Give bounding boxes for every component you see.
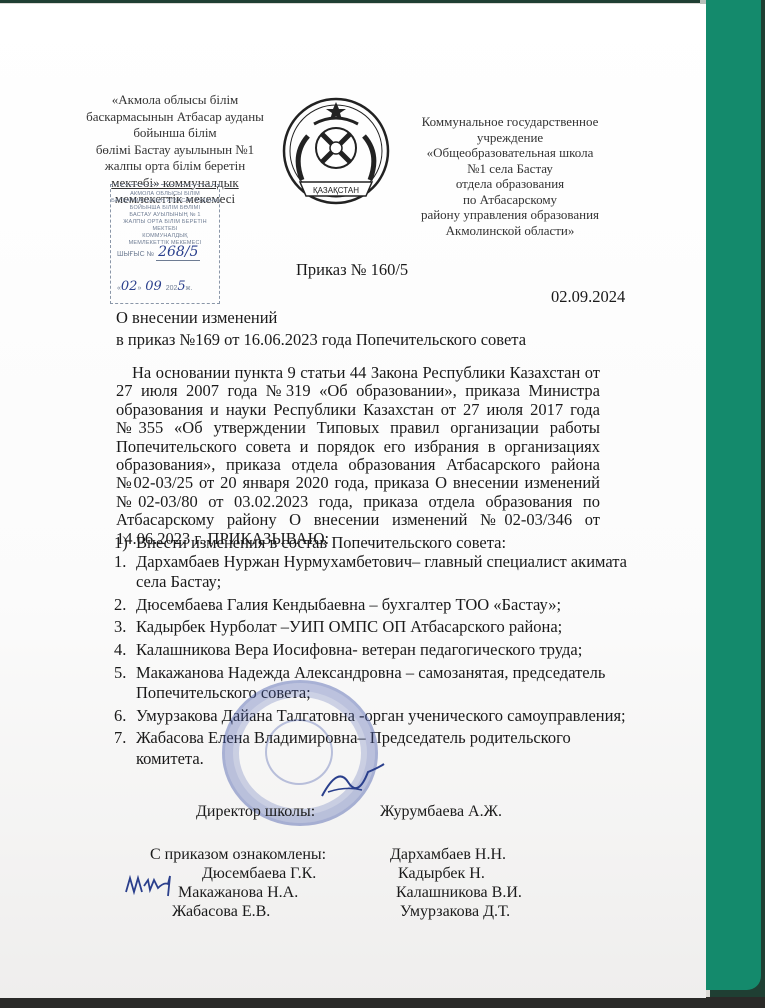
header-left-line: жалпы орта білім беретін — [72, 158, 278, 175]
green-folder — [706, 0, 761, 990]
table-surface — [0, 997, 765, 1008]
header-left-line: баскармасынын Атбасар ауданы — [72, 109, 278, 126]
list-text-cont: Попечительского совета; — [114, 684, 654, 703]
signatory-right: Дархамбаев Н.Н. — [390, 846, 506, 864]
subject-line: О внесении изменений — [116, 307, 526, 329]
signatory-right: Кадырбек Н. — [398, 865, 485, 883]
stamp-date-year-prefix: 202 — [166, 285, 178, 292]
list-item: 1.Дархамбаев Нуржан Нурмухамбетович– гла… — [114, 553, 654, 572]
list-text: Кадырбек Нурболат –УИП ОМПС ОП Атбасарск… — [136, 618, 654, 637]
header-right-line: по Атбасарскому — [412, 192, 608, 208]
header-right-line: Коммунальное государственное — [412, 114, 608, 130]
stamp-line: КОММУНАЛДЫҚ — [111, 233, 219, 240]
signatory-right: Умурзакова Д.Т. — [400, 903, 510, 921]
stamp-date-year-suffix: 5 — [177, 279, 185, 294]
order-title: Приказ № 160/5 — [296, 260, 408, 280]
list-item: 5.Макажанова Надежда Александровна – сам… — [114, 664, 654, 683]
stamp-outgoing-number: ШЫҒЫС № 268/5 — [117, 249, 200, 258]
list-text: Дюсембаева Галия Кендыбаевна – бухгалтер… — [136, 596, 654, 615]
list-text: Дархамбаев Нуржан Нурмухамбетович– главн… — [136, 553, 654, 572]
stamp-line: АКМОЛА ОБЛЫСЫ БІЛІМ — [111, 191, 219, 198]
header-right-line: №1 села Бастау — [412, 161, 608, 177]
subject-line: в приказ №169 от 16.06.2023 года Попечит… — [116, 329, 526, 351]
list-item: 2.Дюсембаева Галия Кендыбаевна – бухгалт… — [114, 596, 654, 615]
signatory-left: Дюсембаева Г.К. — [202, 865, 316, 883]
stamp-date-day: 02 — [121, 279, 138, 294]
registration-stamp: АКМОЛА ОБЛЫСЫ БІЛІМ БАСҚАРМАСЫНЫҢ АТБАСА… — [110, 184, 220, 304]
member-list: 1) Внести изменения в состав Попечительс… — [114, 534, 654, 769]
document-page: «Акмола облысы білім баскармасынын Атбас… — [0, 4, 706, 998]
list-item: 4.Калашникова Вера Иосифовна- ветеран пе… — [114, 641, 654, 660]
stamp-line: БАСТАУ АУЫЛЫНЫҢ № 1 — [111, 212, 219, 219]
list-text: Жабасова Елена Владимировна– Председател… — [136, 729, 654, 748]
list-number: 1. — [114, 553, 136, 572]
header-right-line: учреждение — [412, 130, 608, 146]
header-right-line: Акмолинской области» — [412, 223, 608, 239]
list-number: 5. — [114, 664, 136, 683]
list-number: 4. — [114, 641, 136, 660]
list-item: 6.Умурзакова Дайана Талгатовна -орган уч… — [114, 707, 654, 726]
header-right-org-ru: Коммунальное государственное учреждение … — [412, 114, 608, 238]
signatory-left: Жабасова Е.В. — [172, 903, 270, 921]
svg-text:ҚАЗАҚСТАН: ҚАЗАҚСТАН — [313, 186, 359, 195]
list-item: 3.Кадырбек Нурболат –УИП ОМПС ОП Атбасар… — [114, 618, 654, 637]
list-number: 6. — [114, 707, 136, 726]
header-right-line: отдела образования — [412, 176, 608, 192]
handwritten-signature-icon — [124, 872, 176, 898]
stamp-line: БОЙЫНША БІЛІМ БӨЛІМІ — [111, 205, 219, 212]
stamp-outgoing-value: 268/5 — [156, 244, 200, 261]
list-text: Внести изменения в состав Попечительског… — [136, 534, 654, 553]
order-date: 02.09.2024 — [551, 287, 625, 307]
header-right-line: «Общеобразовательная школа — [412, 145, 608, 161]
director-label: Директор школы: — [196, 803, 315, 821]
list-item: 7.Жабасова Елена Владимировна– Председат… — [114, 729, 654, 748]
director-signature-icon — [318, 762, 388, 802]
stamp-line: ЖАЛПЫ ОРТА БІЛІМ БЕРЕТІН МЕКТЕБІ — [111, 219, 219, 233]
header-right-line: району управления образования — [412, 207, 608, 223]
list-text: Умурзакова Дайана Талгатовна -орган учен… — [136, 707, 654, 726]
signatory-left: Макажанова Н.А. — [178, 884, 298, 902]
list-number: 3. — [114, 618, 136, 637]
kazakhstan-emblem-icon: ҚАЗАҚСТАН — [278, 96, 394, 206]
stamp-line: БАСҚАРМАСЫНЫҢ АТБАСАР АУДАНЫ — [111, 198, 219, 205]
stamp-date: «02» 09 2025ж. — [117, 283, 192, 292]
list-number: 2. — [114, 596, 136, 615]
header-left-line: «Акмола облысы білім — [72, 92, 278, 109]
list-number: 1) — [114, 534, 136, 553]
stamp-outgoing-label: ШЫҒЫС № — [117, 251, 154, 258]
list-text-cont: села Бастау; — [114, 573, 654, 592]
directive-item: 1) Внести изменения в состав Попечительс… — [114, 534, 654, 553]
order-subject: О внесении изменений в приказ №169 от 16… — [116, 307, 526, 351]
order-body: На основании пункта 9 статьи 44 Закона Р… — [116, 364, 600, 548]
acknowledged-label: С приказом ознакомлены: — [150, 846, 326, 864]
list-text: Макажанова Надежда Александровна – самоз… — [136, 664, 654, 683]
list-number: 7. — [114, 729, 136, 748]
header-left-line: бойынша білім — [72, 125, 278, 142]
signatory-right: Калашникова В.И. — [396, 884, 522, 902]
header-left-line: бөлімі Бастау ауылынын №1 — [72, 142, 278, 159]
director-name: Журумбаева А.Ж. — [380, 803, 502, 821]
list-text: Калашникова Вера Иосифовна- ветеран педа… — [136, 641, 654, 660]
stamp-date-month: 09 — [145, 279, 162, 294]
